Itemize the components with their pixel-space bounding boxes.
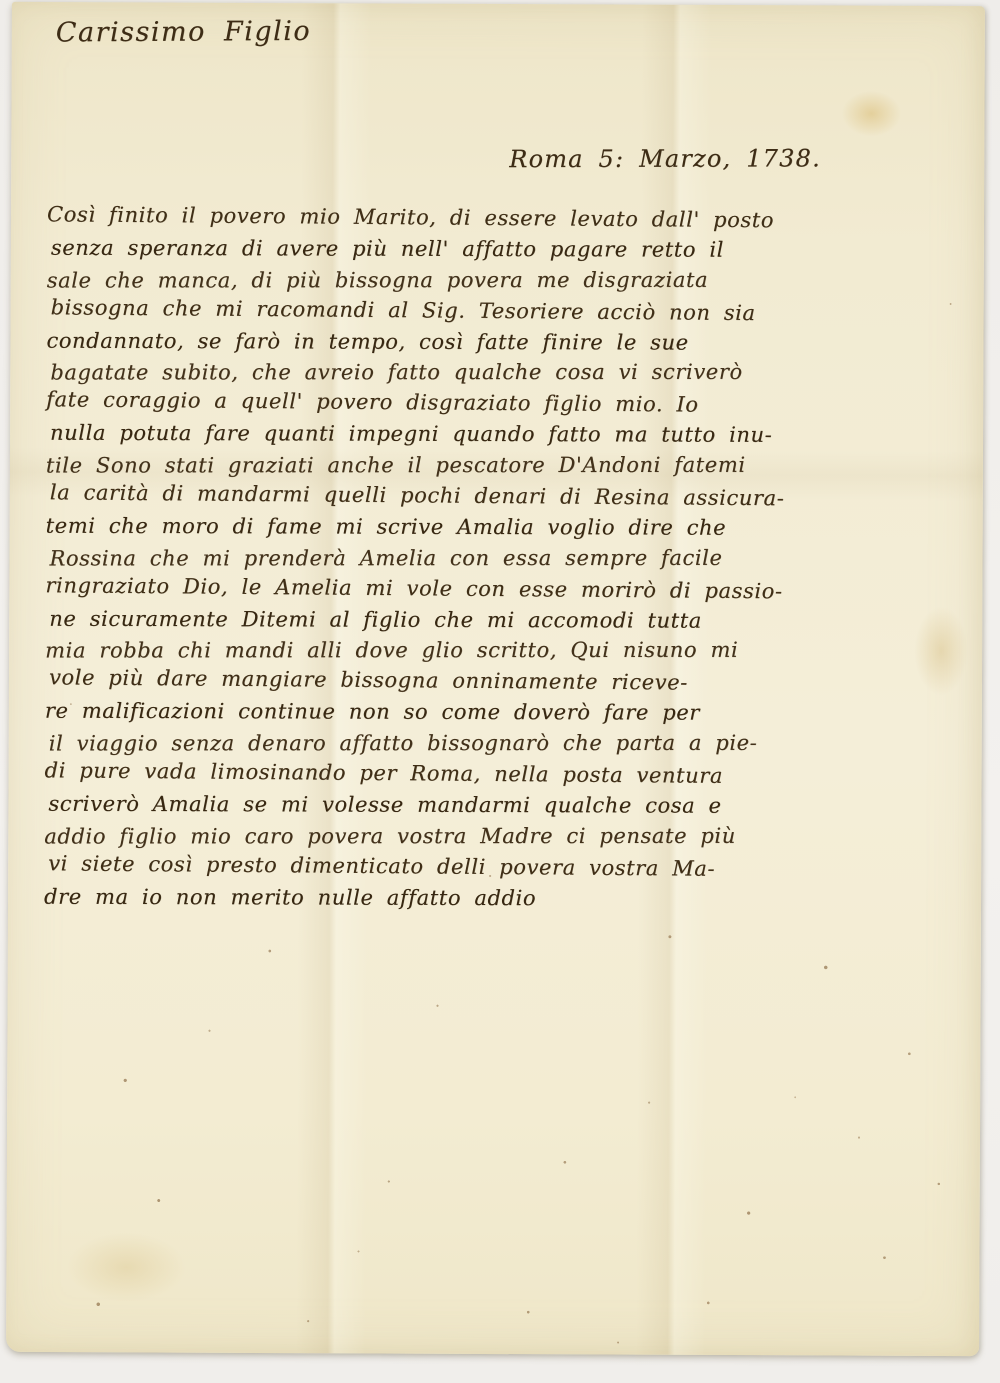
letter-line: nulla potuta fare quanti impegni quando …	[46, 421, 975, 455]
letter-line: ringraziato Dio, le Amelia mi vole con e…	[45, 573, 974, 612]
letter-line: dre ma io non merito nulle affatto addio	[44, 884, 973, 918]
letter-body: Così finito il povero mio Marito, di ess…	[44, 204, 976, 919]
letter-line: mia robba chi mandi alli dove glio scrit…	[45, 638, 974, 670]
letter-line: di pure vada limosinando per Roma, nella…	[44, 758, 973, 797]
letter-line: ne sicuramente Ditemi al figlio che mi a…	[45, 606, 974, 640]
stain-top-right	[841, 91, 901, 137]
letter-line: il viaggio senza denaro affatto bissogna…	[45, 731, 974, 763]
letter-line: scriverò Amalia se mi volesse mandarmi q…	[44, 792, 973, 826]
letter-line: Così finito il povero mio Marito, di ess…	[47, 202, 976, 241]
letter-line: vi siete così presto dimenticato delli p…	[44, 851, 973, 890]
letter-line: condannato, se farò in tempo, così fatte…	[46, 328, 975, 362]
letter-line: temi che moro di fame mi scrive Amalia v…	[46, 514, 975, 548]
letter-dateline: Roma 5: Marzo, 1738.	[509, 144, 821, 173]
letter-line: addio figlio mio caro povera vostra Madr…	[44, 823, 973, 855]
letter-line: re malificazioni continue non so come do…	[45, 699, 974, 733]
letter-line: tile Sono stati graziati anche il pescat…	[46, 453, 975, 485]
letter-line: bagatate subito, che avreio fatto qualch…	[46, 360, 975, 392]
letter-line: la carità di mandarmi quelli pochi denar…	[46, 480, 975, 519]
stain-bottom-left	[66, 1232, 186, 1303]
letter-salutation: Carissimo Figlio	[56, 16, 311, 49]
letter-line: bissogna che mi racomandi al Sig. Tesori…	[46, 295, 975, 334]
letter-line: sale che manca, di più bissogna povera m…	[47, 267, 976, 299]
letter-line: senza speranza di avere più nell' affatt…	[47, 236, 976, 270]
letter-paper: Carissimo Figlio Roma 5: Marzo, 1738. Co…	[6, 2, 985, 1356]
letter-line: Rossina che mi prenderà Amelia con essa …	[46, 545, 975, 577]
scan-background: Carissimo Figlio Roma 5: Marzo, 1738. Co…	[0, 0, 1000, 1383]
